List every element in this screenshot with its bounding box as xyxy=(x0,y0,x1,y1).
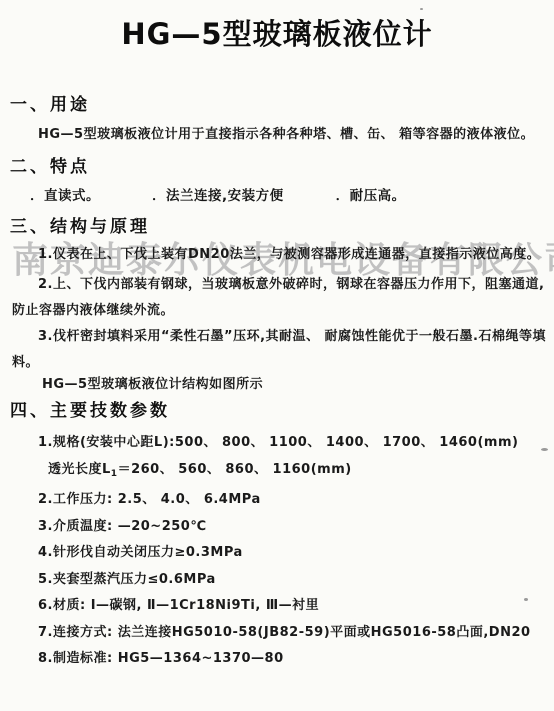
spec-needle-valve-pressure: 4.针形伐自动关闭压力≥0.3MPa xyxy=(38,546,544,561)
spec-connection: 7.连接方式: 法兰连接HG5010-58(JB82-59)平面或HG5016-… xyxy=(38,626,544,641)
document-title: HG—5型玻璃板液位计 xyxy=(0,12,554,53)
technical-parameters-list: 1.规格(安装中心距L):500、 800、 1100、 1400、 1700、… xyxy=(38,436,544,679)
structure-paragraph-3: 3.伐杆密封填料采用“柔性石墨”压环,其耐温、 耐腐蚀性能优于一般石墨.石棉绳等… xyxy=(12,324,548,376)
spec-size: 1.规格(安装中心距L):500、 800、 1100、 1400、 1700、… xyxy=(38,436,544,451)
feature-item-high-pressure: ．耐压高。 xyxy=(336,184,406,204)
spec-jacket-steam-pressure: 5.夹套型蒸汽压力≤0.6MPa xyxy=(38,573,544,588)
structure-figure-note: HG—5型玻璃板液位计结构如图所示 xyxy=(42,372,542,398)
usage-paragraph: HG—5型玻璃板液位计用于直接指示各种各种塔、槽、缶、 箱等容器的液体液位。 xyxy=(12,122,548,148)
spec-material: 6.材质: Ⅰ—碳钢, Ⅱ—1Cr18Ni9Ti, Ⅲ—衬里 xyxy=(38,599,544,614)
section-heading-structure: 三、结构与原理 xyxy=(10,212,150,237)
spec-light-length-prefix: 透光长度L xyxy=(48,462,111,477)
spec-medium-temperature: 3.介质温度: —20~250℃ xyxy=(38,520,544,535)
structure-paragraph-1: 1.仪表在上、下伐上装有DN20法兰，与被测容器形成连通器，直接指示液位高度。 xyxy=(12,242,548,268)
spec-working-pressure: 2.工作压力: 2.5、 4.0、 6.4MPa xyxy=(38,493,544,508)
section-heading-features: 二、特点 xyxy=(10,152,90,177)
section-heading-usage: 一、用途 xyxy=(10,90,90,115)
spec-light-length-subscript: 1 xyxy=(111,469,118,479)
section-heading-parameters: 四、主要技数参数 xyxy=(10,396,170,421)
spec-manufacturing-standard: 8.制造标准: HG5—1364~1370—80 xyxy=(38,652,544,667)
features-list: ．直读式。 ．法兰连接,安装方便 ．耐压高。 xyxy=(30,184,458,204)
spec-light-length-values: ＝260、 560、 860、 1160(mm) xyxy=(118,462,352,477)
structure-paragraph-2: 2.上、下伐内部装有钢球，当玻璃板意外破碎时，钢球在容器压力作用下，阻塞通道,防… xyxy=(12,272,548,324)
document-page: HG—5型玻璃板液位计 南京迪泰尔仪表机电设备有限公司 一、用途 HG—5型玻璃… xyxy=(0,0,554,711)
spec-light-length: 透光长度L1＝260、 560、 860、 1160(mm) xyxy=(38,463,544,482)
feature-item-flange-connection: ．法兰连接,安装方便 xyxy=(152,184,284,204)
feature-item-direct-reading: ．直读式。 xyxy=(30,184,100,204)
scan-artifact xyxy=(420,8,423,10)
